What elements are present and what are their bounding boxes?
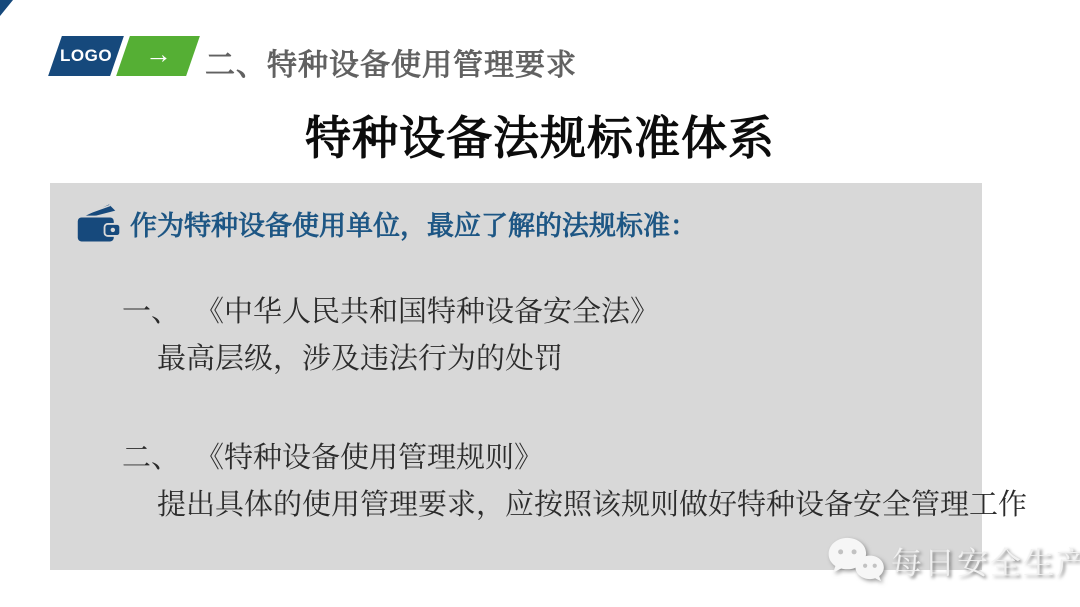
law-section-1: 一、《中华人民共和国特种设备安全法》 最高层级，涉及违法行为的处罚 — [122, 295, 659, 376]
law-name: 《中华人民共和国特种设备安全法》 — [195, 296, 659, 328]
wallet-icon — [75, 200, 123, 246]
law-title: 二、《特种设备使用管理规则》 — [122, 441, 1027, 475]
wechat-icon — [826, 536, 886, 584]
law-number: 一、 — [122, 295, 180, 329]
slide-heading: 特种设备法规标准体系 — [0, 102, 1080, 168]
content-panel: 作为特种设备使用单位，最应了解的法规标准： 一、《中华人民共和国特种设备安全法》… — [50, 183, 982, 570]
watermark-text: 每日安全生产 — [891, 538, 1080, 583]
law-description: 最高层级，涉及违法行为的处罚 — [157, 342, 659, 376]
slide-section-title: 二、特种设备使用管理要求 — [205, 40, 577, 84]
law-description: 提出具体的使用管理要求，应按照该规则做好特种设备安全管理工作 — [157, 488, 1027, 522]
lead-row: 作为特种设备使用单位，最应了解的法规标准： — [75, 200, 697, 246]
law-title: 一、《中华人民共和国特种设备安全法》 — [122, 295, 659, 329]
logo-badge: LOGO — [48, 36, 124, 76]
watermark: 每日安全生产 — [826, 536, 1080, 584]
lead-text: 作为特种设备使用单位，最应了解的法规标准： — [130, 204, 697, 243]
logo-text: LOGO — [60, 46, 112, 66]
logo-lockup: LOGO → — [45, 36, 205, 76]
law-name: 《特种设备使用管理规则》 — [195, 442, 543, 474]
presentation-slide: LOGO → 二、特种设备使用管理要求 特种设备法规标准体系 作为特种设备使用单… — [0, 0, 1080, 607]
logo-arrow-badge: → — [116, 36, 200, 76]
arrow-right-icon: → — [145, 41, 172, 71]
law-number: 二、 — [122, 441, 180, 475]
corner-decoration — [0, 0, 13, 16]
law-section-2: 二、《特种设备使用管理规则》 提出具体的使用管理要求，应按照该规则做好特种设备安… — [122, 441, 1027, 522]
